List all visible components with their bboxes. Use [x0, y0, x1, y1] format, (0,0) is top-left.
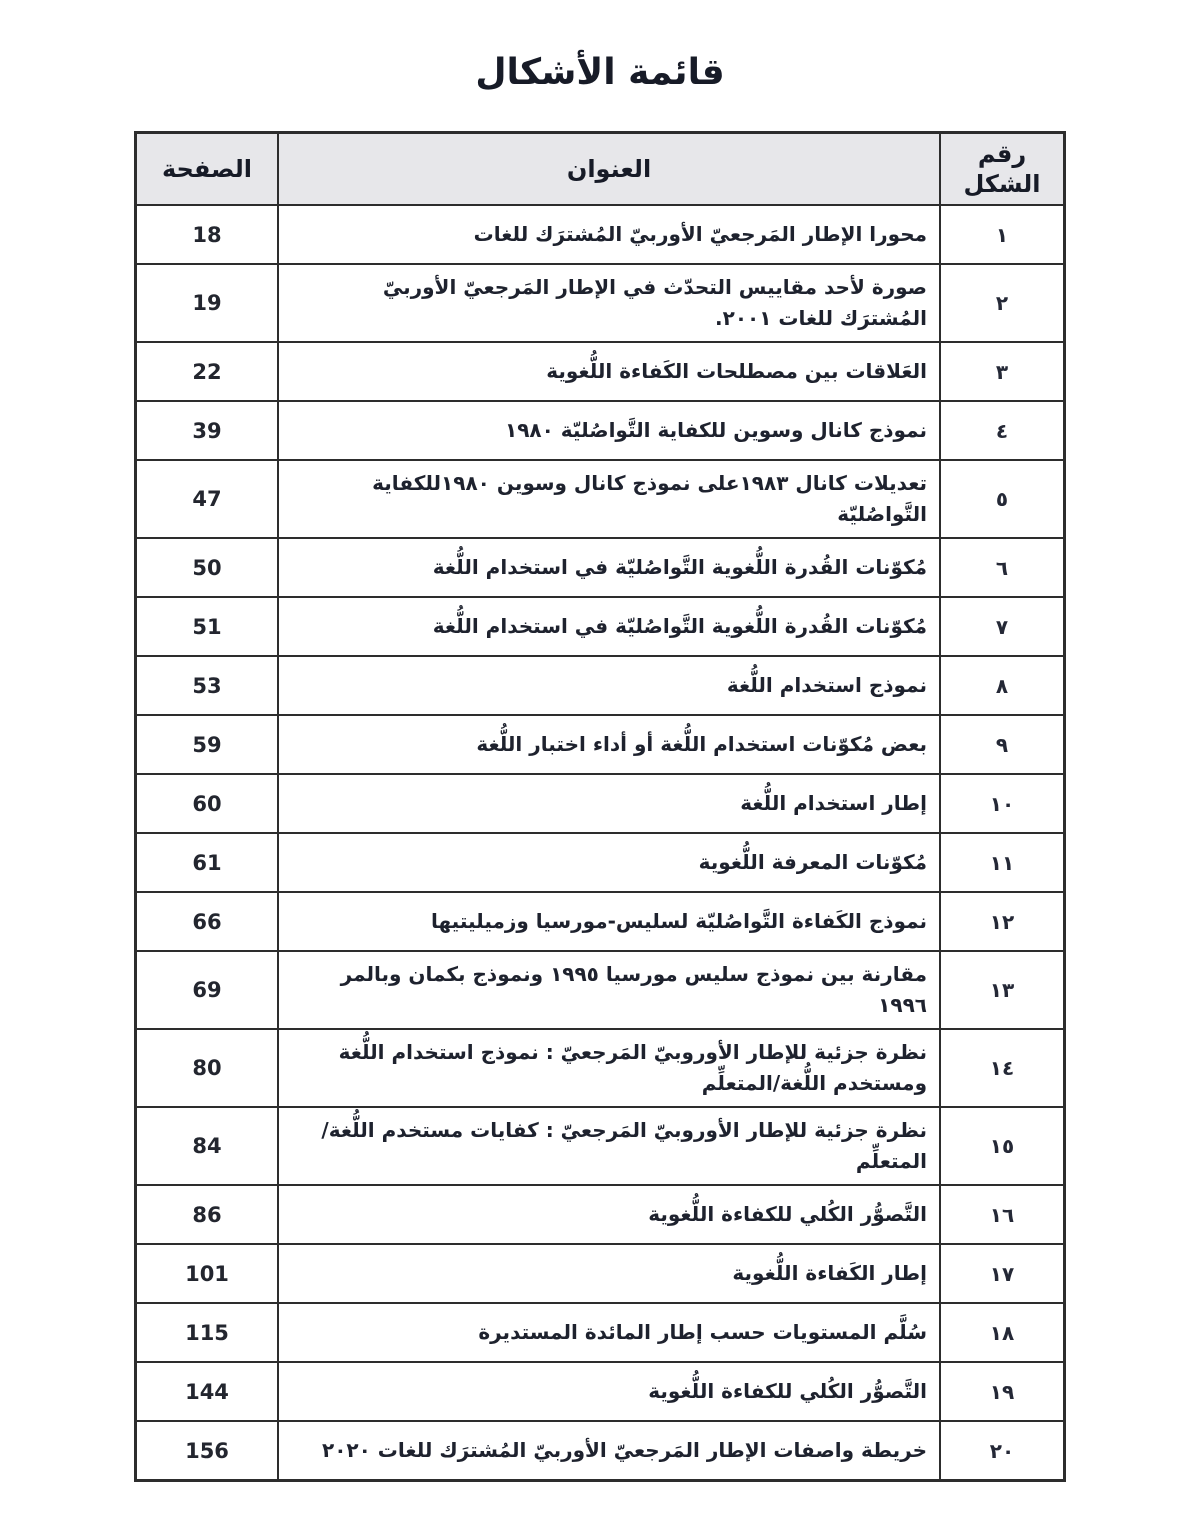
page-number-cell: 115 — [136, 1303, 279, 1362]
figure-title-cell: خريطة واصفات الإطار المَرجعيّ الأوربيّ ا… — [278, 1421, 940, 1481]
figure-number-cell: ٨ — [940, 656, 1065, 715]
page-number-cell: 22 — [136, 342, 279, 401]
figure-title-cell: إطار الكَفاءة اللُّغوية — [278, 1244, 940, 1303]
figure-title-cell: مُكوّنات القُدرة اللُّغوية التَّواصُليّة… — [278, 538, 940, 597]
figure-number-cell: ١٣ — [940, 951, 1065, 1029]
figures-table-body: ١ محورا الإطار المَرجعيّ الأوربيّ المُشت… — [136, 205, 1065, 1481]
figure-title-cell: مُكوّنات القُدرة اللُّغوية التَّواصُليّة… — [278, 597, 940, 656]
table-row: ١٧ إطار الكَفاءة اللُّغوية 101 — [136, 1244, 1065, 1303]
page-number-cell: 59 — [136, 715, 279, 774]
table-row: ٤ نموذج كانال وسوين للكفاية التَّواصُليّ… — [136, 401, 1065, 460]
figure-number-cell: ٢٠ — [940, 1421, 1065, 1481]
figures-table: رقم الشكل العنوان الصفحة ١ محورا الإطار … — [134, 131, 1066, 1482]
figure-number-cell: ٥ — [940, 460, 1065, 538]
table-row: ١٨ سُلَّم المستويات حسب إطار المائدة الم… — [136, 1303, 1065, 1362]
figure-title-cell: مُكوّنات المعرفة اللُّغوية — [278, 833, 940, 892]
figure-title-cell: مقارنة بين نموذج سليس مورسيا ١٩٩٥ ونموذج… — [278, 951, 940, 1029]
table-row: ٩ بعض مُكوّنات استخدام اللُّغة أو أداء ا… — [136, 715, 1065, 774]
page-number-cell: 18 — [136, 205, 279, 264]
table-row: ١٤ نظرة جزئية للإطار الأوروبيّ المَرجعيّ… — [136, 1029, 1065, 1107]
table-row: ٢٠ خريطة واصفات الإطار المَرجعيّ الأوربي… — [136, 1421, 1065, 1481]
page-number-cell: 66 — [136, 892, 279, 951]
table-row: ١٥ نظرة جزئية للإطار الأوروبيّ المَرجعيّ… — [136, 1107, 1065, 1185]
figure-title-cell: نموذج كانال وسوين للكفاية التَّواصُليّة … — [278, 401, 940, 460]
figure-title-cell: نموذج استخدام اللُّغة — [278, 656, 940, 715]
figure-number-cell: ٦ — [940, 538, 1065, 597]
figure-title-cell: محورا الإطار المَرجعيّ الأوربيّ المُشترَ… — [278, 205, 940, 264]
page-number-cell: 60 — [136, 774, 279, 833]
figures-table-header: رقم الشكل العنوان الصفحة — [136, 133, 1065, 206]
figure-number-cell: ٤ — [940, 401, 1065, 460]
page-number-cell: 51 — [136, 597, 279, 656]
figure-number-cell: ١٤ — [940, 1029, 1065, 1107]
page-title: قائمة الأشكال — [0, 52, 1200, 93]
figure-title-cell: التَّصوُّر الكُلي للكفاءة اللُّغوية — [278, 1185, 940, 1244]
header-figure-number: رقم الشكل — [940, 133, 1065, 206]
figure-number-cell: ١٦ — [940, 1185, 1065, 1244]
page-number-cell: 86 — [136, 1185, 279, 1244]
table-row: ١٦ التَّصوُّر الكُلي للكفاءة اللُّغوية 8… — [136, 1185, 1065, 1244]
page-number-cell: 156 — [136, 1421, 279, 1481]
figure-number-cell: ١٠ — [940, 774, 1065, 833]
page-number-cell: 19 — [136, 264, 279, 342]
figure-number-cell: ١ — [940, 205, 1065, 264]
table-row: ٦ مُكوّنات القُدرة اللُّغوية التَّواصُلي… — [136, 538, 1065, 597]
figure-title-cell: نظرة جزئية للإطار الأوروبيّ المَرجعيّ : … — [278, 1107, 940, 1185]
figure-number-cell: ٢ — [940, 264, 1065, 342]
figure-title-cell: إطار استخدام اللُّغة — [278, 774, 940, 833]
table-row: ٣ العَلاقات بين مصطلحات الكَفاءة اللُّغو… — [136, 342, 1065, 401]
figure-number-cell: ١٢ — [940, 892, 1065, 951]
page-number-cell: 61 — [136, 833, 279, 892]
figure-number-cell: ١٩ — [940, 1362, 1065, 1421]
figure-number-cell: ١٧ — [940, 1244, 1065, 1303]
figure-number-cell: ١١ — [940, 833, 1065, 892]
page-number-cell: 84 — [136, 1107, 279, 1185]
table-row: ٢ صورة لأحد مقاييس التحدّث في الإطار الم… — [136, 264, 1065, 342]
figure-number-cell: ٧ — [940, 597, 1065, 656]
table-row: ٥ تعديلات كانال ١٩٨٣على نموذج كانال وسوي… — [136, 460, 1065, 538]
table-row: ١ محورا الإطار المَرجعيّ الأوربيّ المُشت… — [136, 205, 1065, 264]
figure-number-cell: ١٥ — [940, 1107, 1065, 1185]
page-number-cell: 101 — [136, 1244, 279, 1303]
figure-title-cell: بعض مُكوّنات استخدام اللُّغة أو أداء اخت… — [278, 715, 940, 774]
figure-title-cell: التَّصوُّر الكُلي للكفاءة اللُّغوية — [278, 1362, 940, 1421]
figure-title-cell: سُلَّم المستويات حسب إطار المائدة المستد… — [278, 1303, 940, 1362]
table-row: ٨ نموذج استخدام اللُّغة 53 — [136, 656, 1065, 715]
figure-title-cell: نظرة جزئية للإطار الأوروبيّ المَرجعيّ : … — [278, 1029, 940, 1107]
figure-title-cell: صورة لأحد مقاييس التحدّث في الإطار المَر… — [278, 264, 940, 342]
figure-number-cell: ٣ — [940, 342, 1065, 401]
page-number-cell: 39 — [136, 401, 279, 460]
page-number-cell: 69 — [136, 951, 279, 1029]
page-number-cell: 53 — [136, 656, 279, 715]
table-row: ١٣ مقارنة بين نموذج سليس مورسيا ١٩٩٥ ونم… — [136, 951, 1065, 1029]
table-row: ١٩ التَّصوُّر الكُلي للكفاءة اللُّغوية 1… — [136, 1362, 1065, 1421]
table-row: ٧ مُكوّنات القُدرة اللُّغوية التَّواصُلي… — [136, 597, 1065, 656]
header-title: العنوان — [278, 133, 940, 206]
table-row: ١١ مُكوّنات المعرفة اللُّغوية 61 — [136, 833, 1065, 892]
figure-number-cell: ٩ — [940, 715, 1065, 774]
figure-title-cell: تعديلات كانال ١٩٨٣على نموذج كانال وسوين … — [278, 460, 940, 538]
page-number-cell: 144 — [136, 1362, 279, 1421]
table-row: ١٠ إطار استخدام اللُّغة 60 — [136, 774, 1065, 833]
header-row: رقم الشكل العنوان الصفحة — [136, 133, 1065, 206]
table-row: ١٢ نموذج الكَفاءة التَّواصُليّة لسليس-مو… — [136, 892, 1065, 951]
page-number-cell: 50 — [136, 538, 279, 597]
figure-title-cell: نموذج الكَفاءة التَّواصُليّة لسليس-مورسي… — [278, 892, 940, 951]
figure-number-cell: ١٨ — [940, 1303, 1065, 1362]
figure-title-cell: العَلاقات بين مصطلحات الكَفاءة اللُّغوية — [278, 342, 940, 401]
header-page: الصفحة — [136, 133, 279, 206]
page-number-cell: 80 — [136, 1029, 279, 1107]
page-number-cell: 47 — [136, 460, 279, 538]
document-page: { "document": { "title": "قائمة الأشكال"… — [0, 0, 1200, 1520]
